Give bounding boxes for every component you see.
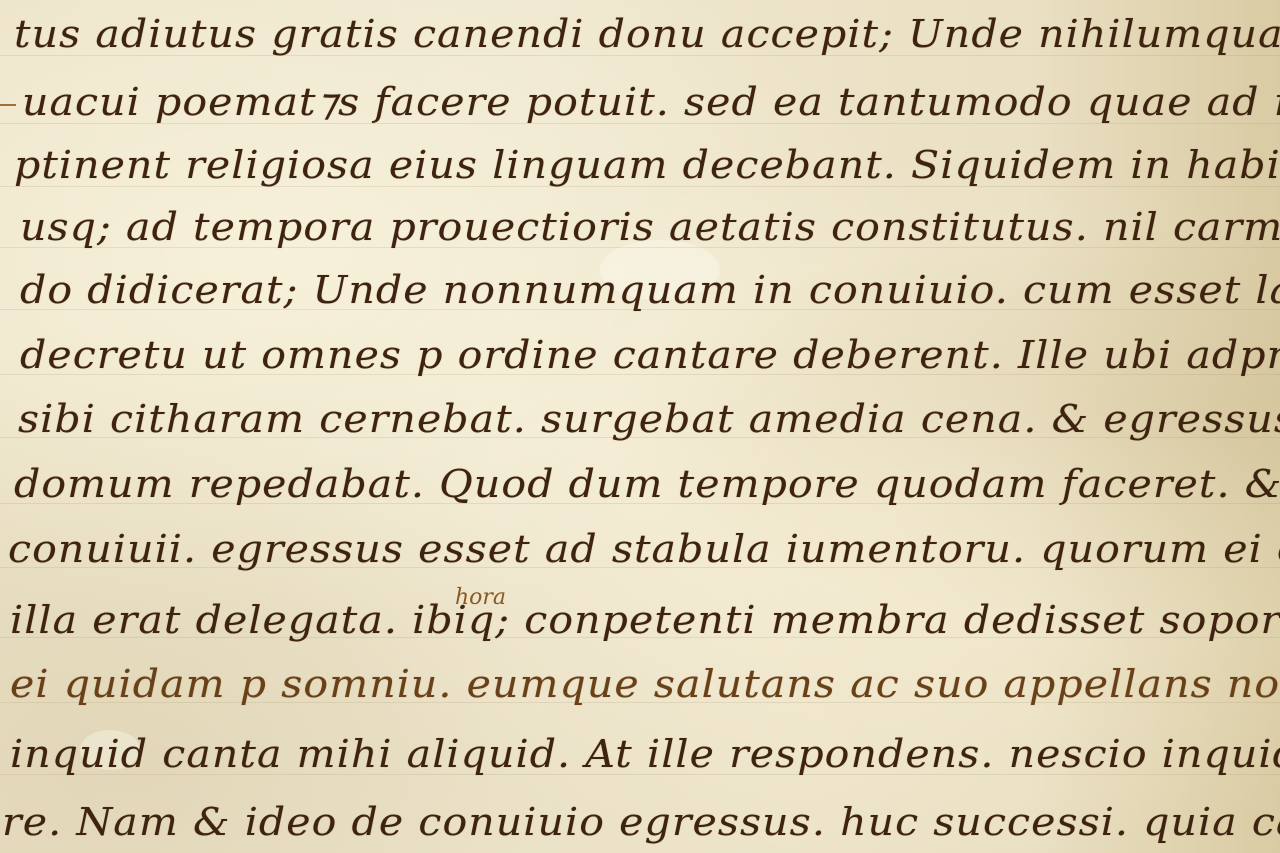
manuscript-line: inquid canta mihi aliquid. At ille respo…: [10, 732, 1280, 776]
manuscript-text-block: tus adiutus gratis canendi donu accepit;…: [0, 0, 1280, 853]
manuscript-line: usq; ad tempora prouectioris aetatis con…: [20, 205, 1280, 249]
interlinear-gloss: hora: [455, 585, 506, 610]
manuscript-line: sibi citharam cernebat. surgebat amedia …: [18, 397, 1280, 441]
manuscript-line: decretu ut omnes p ordine cantare debere…: [20, 333, 1280, 377]
manuscript-line: ei quidam p somniu. eumque salutans ac s…: [10, 662, 1280, 706]
manuscript-line: ptinent religiosa eius linguam decebant.…: [14, 143, 1280, 187]
manuscript-line: do didicerat; Unde nonnumquam in conuiui…: [20, 268, 1280, 312]
manuscript-line: illa erat delegata. ibiq; conpetenti mem…: [10, 598, 1280, 642]
manuscript-line: conuiuii. egressus esset ad stabula iume…: [8, 527, 1280, 571]
manuscript-line: domum repedabat. Quod dum tempore quodam…: [14, 462, 1280, 506]
manuscript-line: uacui poemat⁊s facere potuit. sed ea tan…: [22, 80, 1280, 124]
manuscript-line: re. Nam & ideo de conuiuio egressus. huc…: [2, 800, 1280, 844]
manuscript-line: tus adiutus gratis canendi donu accepit;…: [14, 12, 1280, 56]
